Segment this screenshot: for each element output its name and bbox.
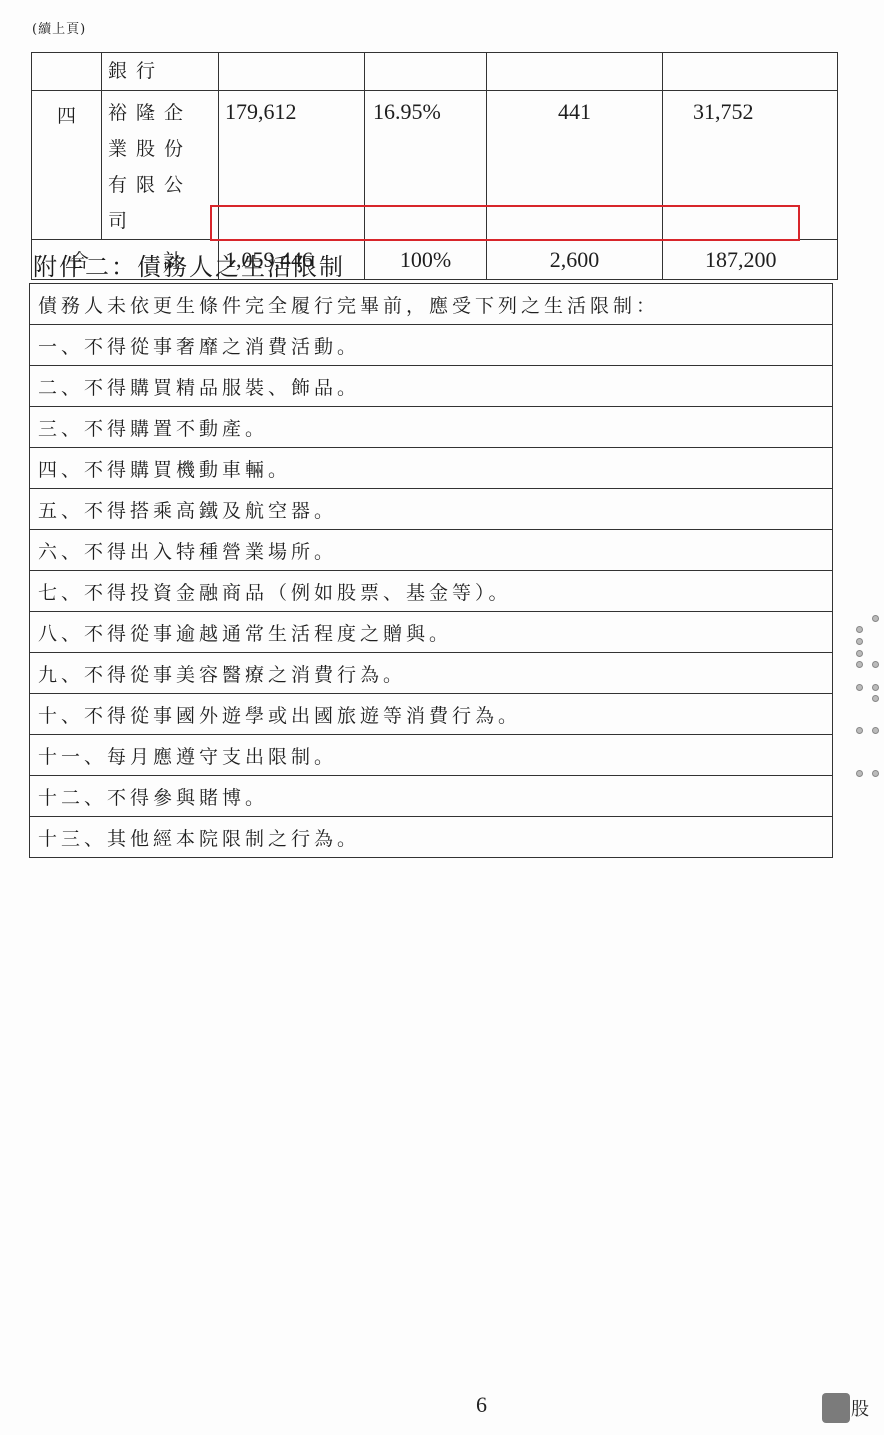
continuation-note: (續上頁)	[32, 18, 86, 37]
restriction-item: 十三、其他經本院限制之行為。	[30, 817, 833, 858]
hole-icon	[872, 770, 879, 777]
hole-icon	[872, 695, 879, 702]
table-row: 四 裕隆企業股份有限公司 179,612 16.95% 441 31,752	[32, 91, 838, 240]
hole-icon	[872, 615, 879, 622]
hole-icon	[856, 661, 863, 668]
page-number: 6	[476, 1392, 487, 1418]
restriction-item: 二、不得購買精品服裝、飾品。	[30, 366, 833, 407]
hole-icon	[872, 684, 879, 691]
total-payment	[663, 53, 838, 91]
restriction-item: 三、不得購置不動產。	[30, 407, 833, 448]
hole-icon	[856, 638, 863, 645]
restriction-item: 七、不得投資金融商品（例如股票、基金等）。	[30, 571, 833, 612]
redacted-block-icon	[822, 1393, 850, 1423]
restriction-item: 九、不得從事美容醫療之消費行為。	[30, 653, 833, 694]
binding-holes-decoration	[850, 610, 884, 790]
restriction-item: 六、不得出入特種營業場所。	[30, 530, 833, 571]
restriction-item: 八、不得從事逾越通常生活程度之贈與。	[30, 612, 833, 653]
hole-icon	[856, 684, 863, 691]
hole-icon	[872, 661, 879, 668]
creditor-name: 銀行	[102, 53, 219, 91]
restriction-item: 一、不得從事奢靡之消費活動。	[30, 325, 833, 366]
hole-icon	[856, 650, 863, 657]
row-number: 四	[32, 91, 102, 240]
total-ratio: 100%	[365, 240, 487, 280]
annex-title: 附件二：債務人之生活限制	[33, 247, 345, 282]
creditor-name: 裕隆企業股份有限公司	[102, 91, 219, 240]
debt-ratio	[365, 53, 487, 91]
debt-amount	[219, 53, 365, 91]
monthly-payment: 441	[487, 91, 663, 240]
division-stamp: 股	[822, 1393, 869, 1423]
creditor-table: 銀行 四 裕隆企業股份有限公司 179,612 16.95% 441 31,75…	[31, 52, 838, 280]
restriction-item: 十一、每月應遵守支出限制。	[30, 735, 833, 776]
hole-icon	[872, 727, 879, 734]
row-number	[32, 53, 102, 91]
restriction-item: 十二、不得參與賭博。	[30, 776, 833, 817]
total-monthly: 2,600	[487, 240, 663, 280]
hole-icon	[856, 626, 863, 633]
restriction-item: 五、不得搭乘高鐵及航空器。	[30, 489, 833, 530]
hole-icon	[856, 727, 863, 734]
restriction-item: 十、不得從事國外遊學或出國旅遊等消費行為。	[30, 694, 833, 735]
debt-amount: 179,612	[219, 91, 365, 240]
total-payment: 31,752	[663, 91, 838, 240]
debt-ratio: 16.95%	[365, 91, 487, 240]
total-sum: 187,200	[663, 240, 838, 280]
hole-icon	[856, 770, 863, 777]
restrictions-table: 債務人未依更生條件完全履行完畢前，應受下列之生活限制： 一、不得從事奢靡之消費活…	[29, 283, 833, 858]
stamp-text: 股	[851, 1395, 869, 1421]
restrictions-intro: 債務人未依更生條件完全履行完畢前，應受下列之生活限制：	[30, 284, 833, 325]
monthly-payment	[487, 53, 663, 91]
table-row: 銀行	[32, 53, 838, 91]
restriction-item: 四、不得購買機動車輛。	[30, 448, 833, 489]
